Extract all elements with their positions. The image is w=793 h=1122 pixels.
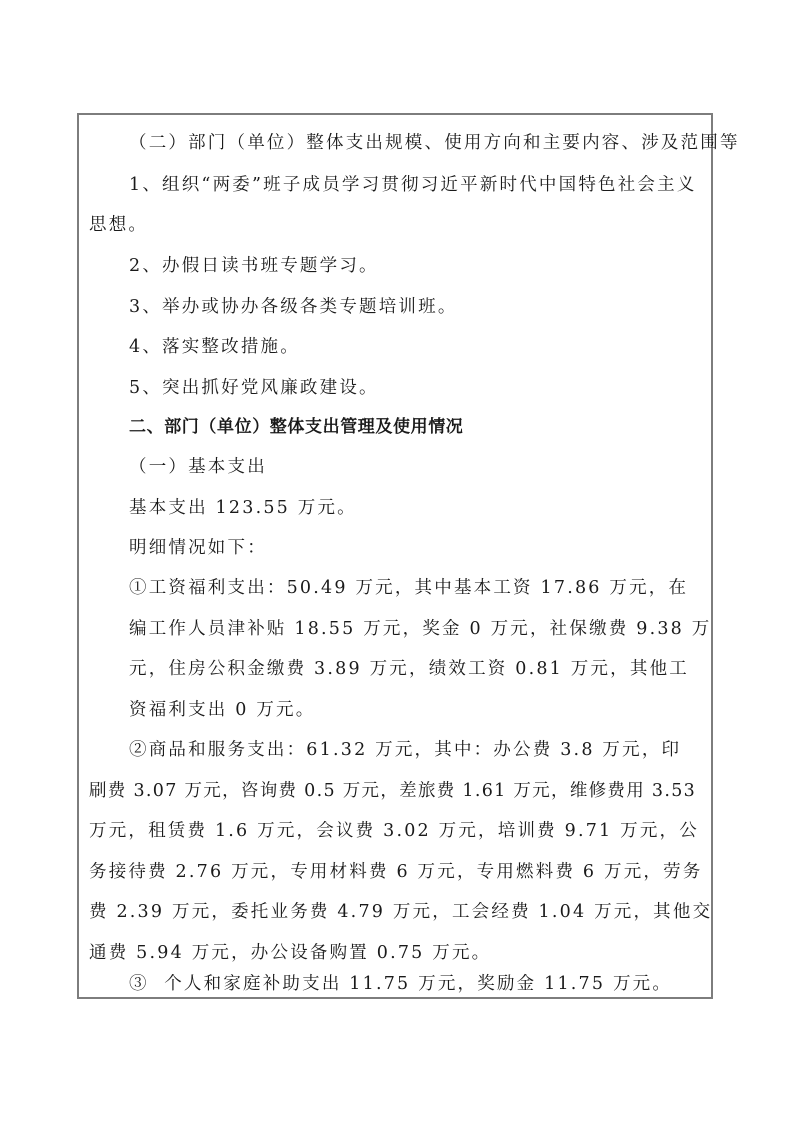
goods-services-line-4: 务接待费 2.76 万元，专用材料费 6 万元，专用燃料费 6 万元，劳务 <box>89 860 703 884</box>
list-item-1-cont: 思想。 <box>89 213 148 237</box>
section-heading-scope: （二）部门（单位）整体支出规模、使用方向和主要内容、涉及范围等 <box>129 131 740 155</box>
goods-services-line-5: 费 2.39 万元，委托业务费 4.79 万元，工会经费 1.04 万元，其他交 <box>89 900 712 924</box>
family-subsidy-line: ③ 个人和家庭补助支出 11.75 万元，奖励金 11.75 万元。 <box>129 972 672 996</box>
list-item-4: 4、落实整改措施。 <box>129 335 300 359</box>
salary-line-2: 编工作人员津补贴 18.55 万元，奖金 0 万元，社保缴费 9.38 万 <box>129 617 711 641</box>
goods-services-line-2: 刷费 3.07 万元，咨询费 0.5 万元，差旅费 1.61 万元，维修费用 3… <box>89 779 696 803</box>
basic-expense-total: 基本支出 123.55 万元。 <box>129 496 357 520</box>
part-two-heading: 二、部门（单位）整体支出管理及使用情况 <box>129 415 463 439</box>
salary-line-1: ①工资福利支出：50.49 万元，其中基本工资 17.86 万元，在 <box>129 576 688 600</box>
goods-services-line-6: 通费 5.94 万元，办公设备购置 0.75 万元。 <box>89 941 491 965</box>
detail-intro: 明细情况如下： <box>129 536 267 560</box>
list-item-1: 1、组织“两委”班子成员学习贯彻习近平新时代中国特色社会主义 <box>129 173 697 197</box>
salary-line-4: 资福利支出 0 万元。 <box>129 698 315 722</box>
list-item-2: 2、办假日读书班专题学习。 <box>129 254 379 278</box>
document-frame: （二）部门（单位）整体支出规模、使用方向和主要内容、涉及范围等 1、组织“两委”… <box>77 113 713 999</box>
salary-line-3: 元，住房公积金缴费 3.89 万元，绩效工资 0.81 万元，其他工 <box>129 657 689 681</box>
goods-services-line-3: 万元，租赁费 1.6 万元，会议费 3.02 万元，培训费 9.71 万元，公 <box>89 819 699 843</box>
basic-expense-heading: （一）基本支出 <box>129 455 267 479</box>
list-item-3: 3、举办或协办各级各类专题培训班。 <box>129 295 458 319</box>
list-item-5: 5、突出抓好党风廉政建设。 <box>129 376 379 400</box>
goods-services-line-1: ②商品和服务支出：61.32 万元，其中：办公费 3.8 万元，印 <box>129 738 681 762</box>
